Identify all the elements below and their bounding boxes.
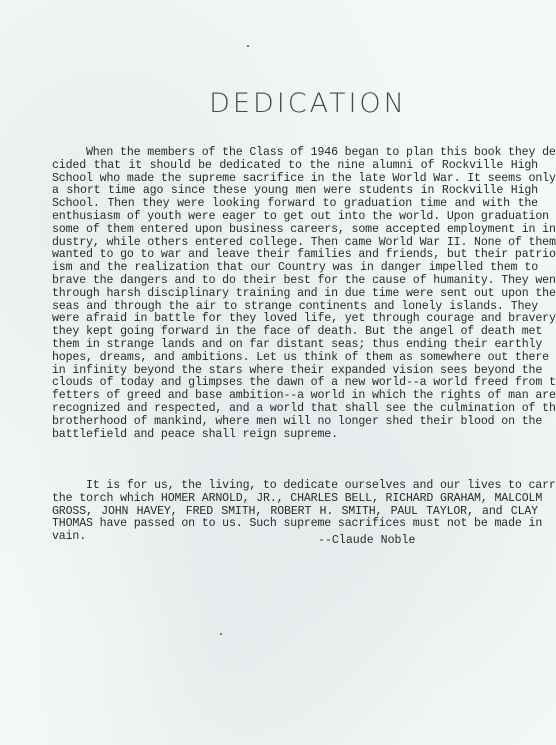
text-line: battlefield and peace shall reign suprem… bbox=[52, 429, 538, 442]
text-line: some of them entered upon business caree… bbox=[52, 224, 538, 237]
page: DEDICATION When the members of the Class… bbox=[0, 0, 556, 745]
text-line: them in strange lands and on far distant… bbox=[52, 339, 538, 352]
paper-speck bbox=[220, 633, 222, 635]
paper-speck bbox=[247, 45, 249, 47]
text-line: cided that it should be dedicated to the… bbox=[52, 160, 538, 173]
dedication-paragraph-1: When the members of the Class of 1946 be… bbox=[52, 147, 538, 441]
signature: --Claude Noble bbox=[318, 534, 415, 547]
text-line: the torch which HOMER ARNOLD, JR., CHARL… bbox=[52, 493, 538, 506]
text-line: hopes, dreams, and ambitions. Let us thi… bbox=[52, 352, 538, 365]
text-line: brotherhood of mankind, where men will n… bbox=[52, 416, 538, 429]
text-line: THOMAS have passed on to us. Such suprem… bbox=[52, 518, 538, 531]
dedication-paragraph-2: It is for us, the living, to dedicate ou… bbox=[52, 480, 538, 544]
text-line: enthusiasm of youth were eager to get ou… bbox=[52, 211, 538, 224]
text-line: It is for us, the living, to dedicate ou… bbox=[52, 480, 538, 493]
text-line: through harsh disciplinary training and … bbox=[52, 288, 538, 301]
text-line: When the members of the Class of 1946 be… bbox=[52, 147, 538, 160]
text-line: brave the dangers and to do their best f… bbox=[52, 275, 538, 288]
text-line: recognized and respected, and a world th… bbox=[52, 403, 538, 416]
page-title: DEDICATION bbox=[30, 88, 556, 119]
text-line: vain. bbox=[52, 531, 538, 544]
